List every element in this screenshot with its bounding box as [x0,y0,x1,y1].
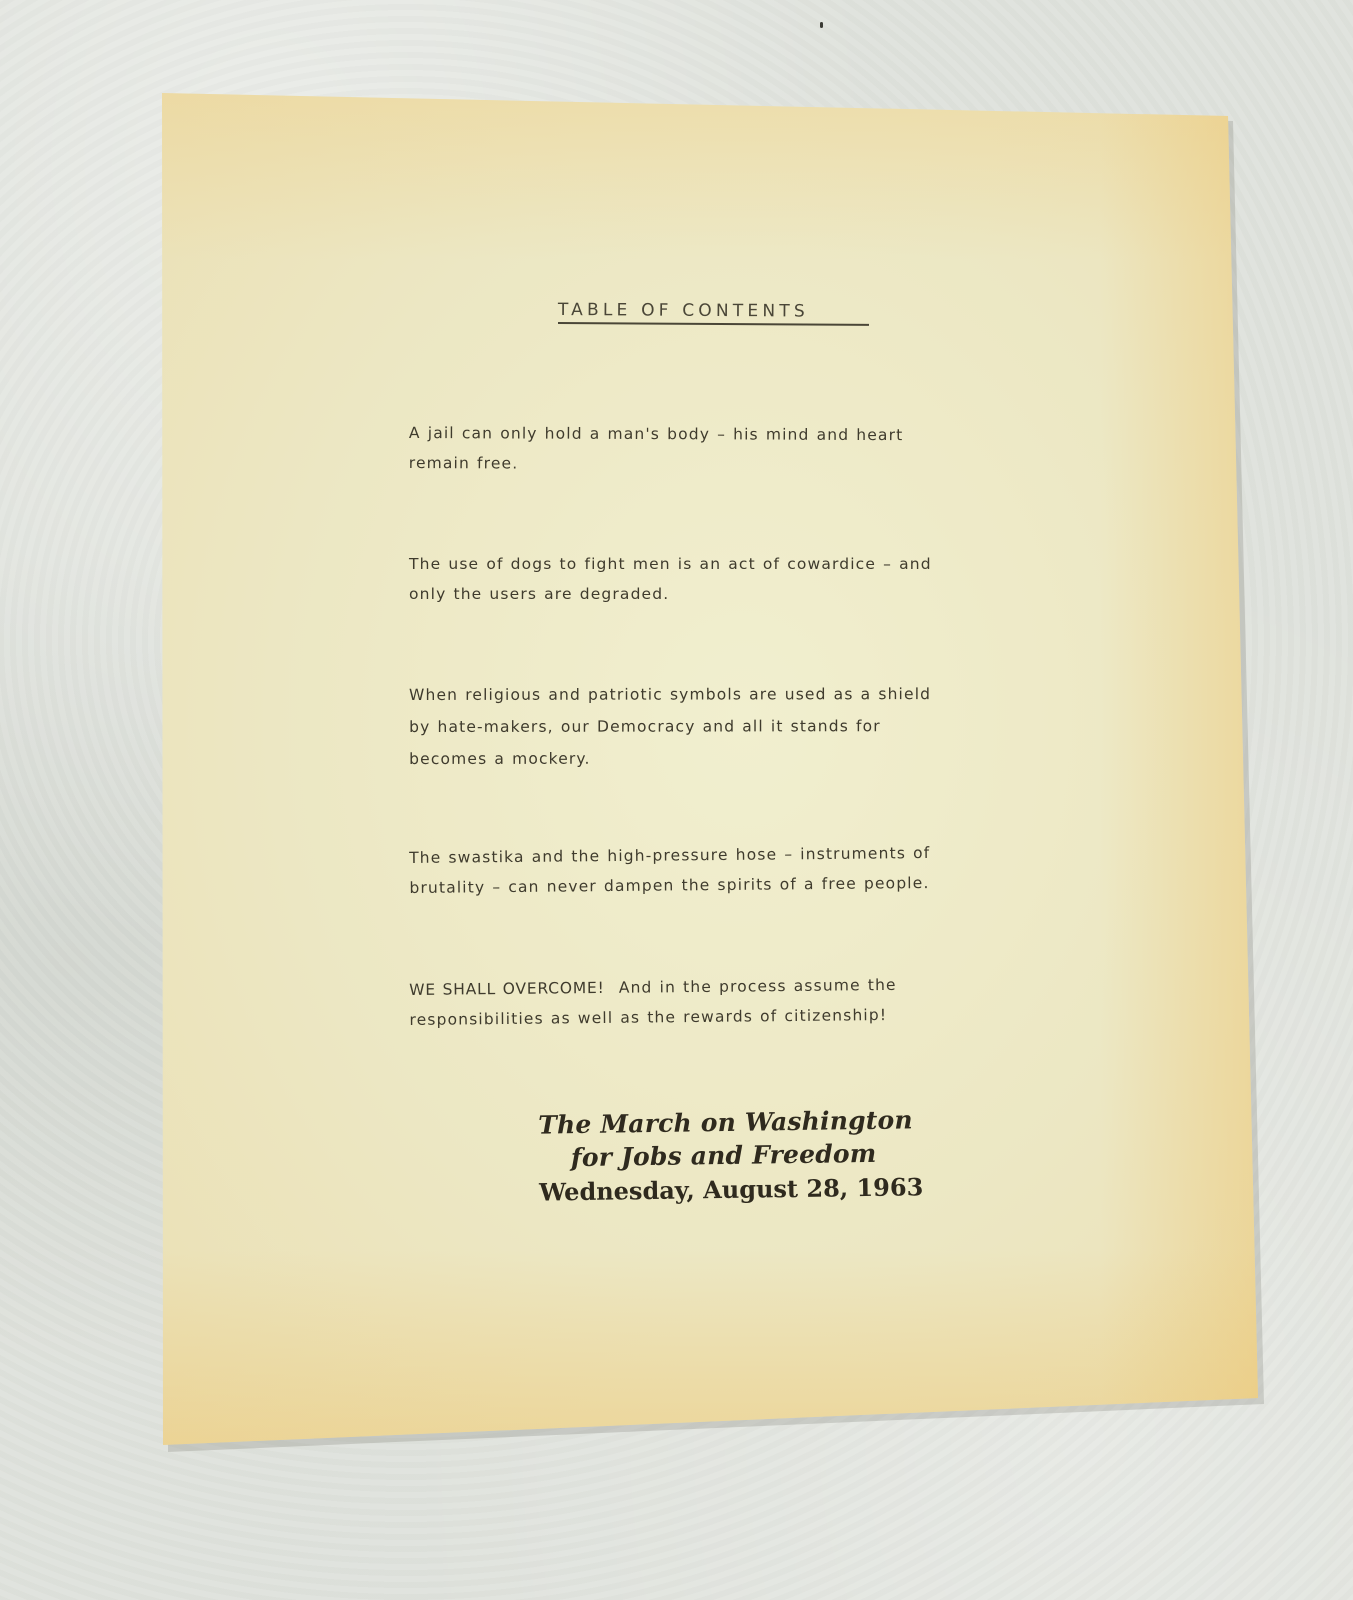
document-page: TABLE OF CONTENTS A jail can only hold a… [0,0,1353,1600]
slogan: WE SHALL OVERCOME! [409,979,605,999]
event-name-line-1: The March on Washington [538,1103,908,1141]
toc-entry: WE SHALL OVERCOME! And in the process as… [409,969,1030,1035]
toc-entry: A jail can only hold a man's body – his … [409,418,1029,481]
entry-line: The use of dogs to fight men is an act o… [409,549,1029,579]
entry-line: When religious and patriotic symbols are… [409,678,1029,711]
page-title: TABLE OF CONTENTS [558,300,809,322]
entry-line: becomes a mockery. [409,742,1029,775]
event-date: Wednesday, August 28, 1963 [539,1169,909,1210]
toc-entry: The swastika and the high-pressure hose … [409,837,1030,903]
entry-line: by hate-makers, our Democracy and all it… [409,710,1029,743]
title-underline [558,322,869,325]
entry-line: A jail can only hold a man's body – his … [409,418,1029,451]
entry-line-rest: And in the process assume the [605,976,897,997]
event-block: The March on Washington for Jobs and Fre… [538,1103,909,1210]
entry-line: only the users are degraded. [409,579,1029,609]
event-name-line-2: for Jobs and Freedom [538,1136,908,1174]
toc-entry: When religious and patriotic symbols are… [409,678,1029,775]
toc-entry: The use of dogs to fight men is an act o… [409,549,1029,609]
entry-line: responsibilities as well as the rewards … [409,999,1029,1035]
entry-line: brutality – can never dampen the spirits… [409,867,1029,903]
entry-line: remain free. [409,448,1029,481]
